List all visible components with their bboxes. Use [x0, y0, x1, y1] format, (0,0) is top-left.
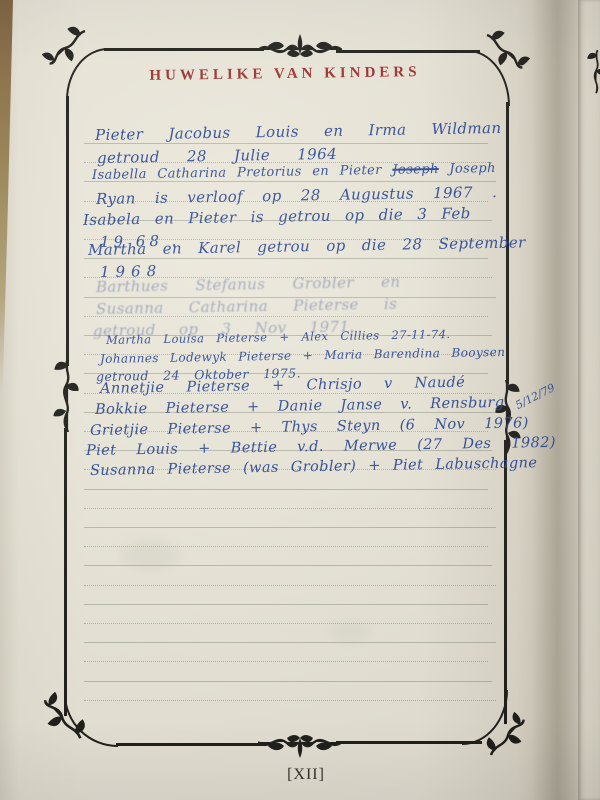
entry-text-struck: Joseph	[392, 162, 439, 178]
handwritten-entry: Bokkie Pieterse + Danie Janse v. Rensbur…	[95, 395, 505, 418]
corner-ornament-bottom-right-icon	[482, 712, 534, 764]
ruled-line	[84, 565, 492, 566]
margin-note-date: 5/12/79	[513, 381, 557, 412]
ruled-line	[84, 623, 492, 624]
handwritten-entry: Isabela en Pieter is getrou op die 3 Feb	[83, 204, 471, 229]
paper-smudge	[330, 620, 370, 642]
ruled-line	[84, 546, 488, 547]
page-number: [XII]	[0, 766, 600, 784]
ruled-line	[84, 661, 488, 662]
ruled-line	[84, 508, 492, 509]
border-line-bottom-right-segment	[336, 741, 482, 744]
ruled-line	[84, 700, 496, 701]
corner-ornament-top-left-icon	[42, 22, 94, 74]
ruled-line	[84, 681, 492, 682]
ruled-line	[84, 258, 488, 259]
border-line-top-left-segment	[104, 48, 264, 51]
border-line-bottom-left-segment	[116, 743, 264, 746]
next-page-edge	[578, 0, 600, 800]
entry-text: Joseph	[449, 161, 496, 177]
border-line-left-upper	[66, 96, 69, 366]
border-corner-bottom-left	[64, 694, 118, 747]
ruled-line	[84, 604, 488, 605]
handwritten-entry: Johannes Lodewyk Pieterse + Maria Barend…	[100, 345, 506, 366]
ruled-line	[84, 642, 496, 643]
corner-ornament-bottom-left-icon	[34, 692, 90, 748]
border-line-left-lower	[64, 428, 67, 716]
ruled-line	[84, 585, 496, 586]
mid-left-ornament-icon	[52, 358, 80, 432]
handwritten-entry-faded: Susanna Catharina Pieterse is	[96, 295, 398, 318]
border-line-top-right-segment	[336, 50, 480, 53]
border-line-right-lower	[504, 440, 507, 724]
page-title: HUWELIKE VAN KINDERS	[64, 63, 506, 86]
handwritten-entry: Susanna Pieterse (was Grobler) + Piet La…	[90, 455, 538, 479]
paper-smudge	[120, 540, 180, 570]
border-corner-bottom-right	[462, 690, 508, 745]
book-page-photo: HUWELIKE VAN KINDERS Pieter Jacobus Loui…	[0, 0, 600, 800]
ruled-line	[84, 143, 488, 144]
bottom-center-ornament-icon	[258, 726, 342, 760]
book-cover-edge	[0, 0, 13, 390]
top-center-ornament-icon	[258, 32, 342, 66]
handwritten-entry: Pieter Jacobus Louis en Irma Wildman	[95, 119, 502, 144]
ruled-line	[84, 489, 488, 490]
ruled-line	[84, 527, 496, 528]
